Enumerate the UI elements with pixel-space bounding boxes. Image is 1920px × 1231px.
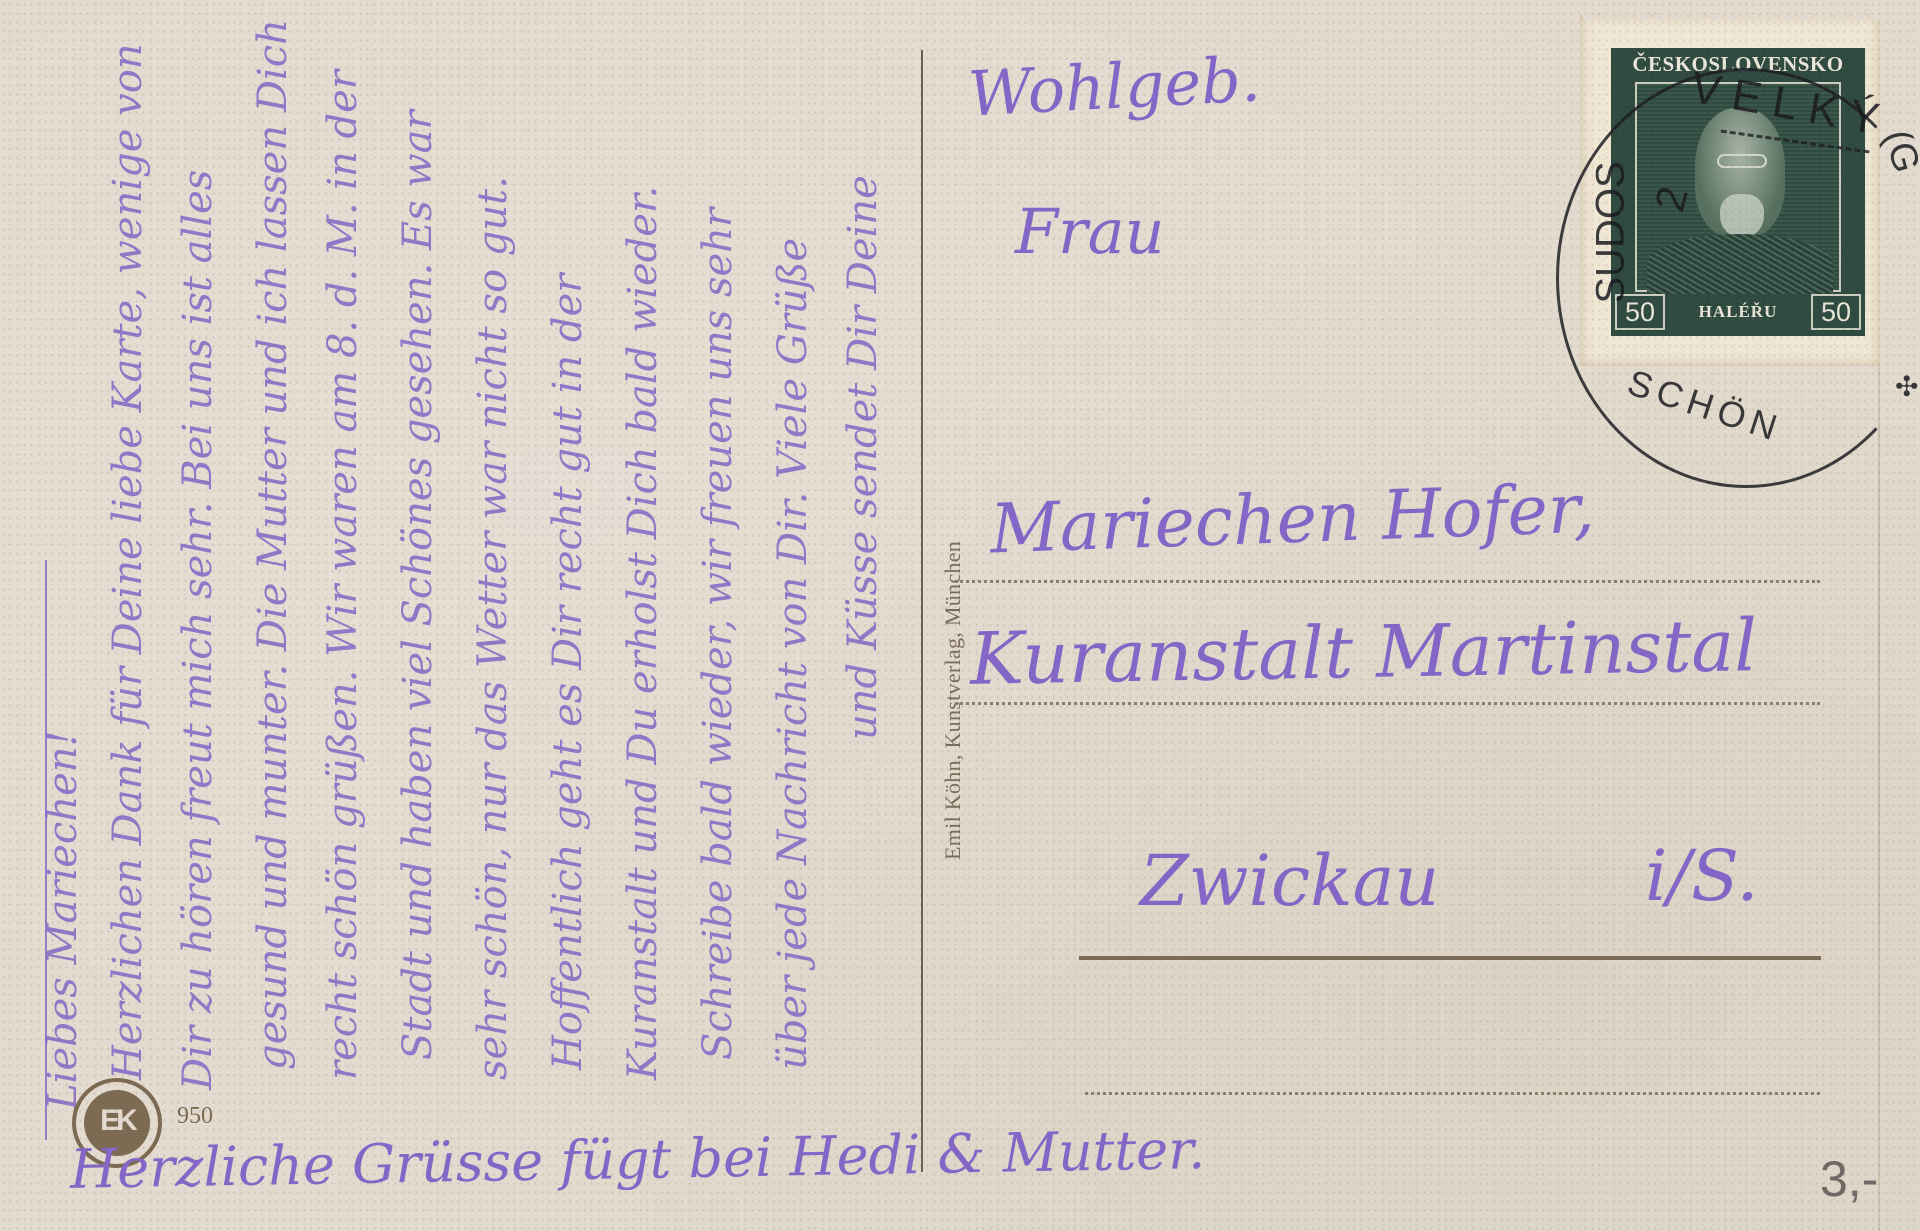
message-line: Stadt und haben viel Schönes gesehen. Es… <box>395 110 441 1060</box>
postmark-left-text: SUDOS <box>1589 161 1634 303</box>
message-line: Hoffentlich geht es Dir recht gut in der <box>545 274 591 1070</box>
address-dotted-line <box>955 702 1820 705</box>
address-institution: Kuranstalt Martinstal <box>969 603 1758 701</box>
address-solid-line <box>1079 956 1821 960</box>
address-region: i/S. <box>1645 835 1759 917</box>
address-city: Zwickau <box>1140 840 1439 922</box>
postcard: Liebes Mariechen! Herzlichen Dank für De… <box>0 0 1920 1231</box>
message-line: Dir zu hören freut mich sehr. Bei uns is… <box>175 170 221 1090</box>
message-line: sehr schön, nur das Wetter war nicht so … <box>470 176 516 1080</box>
salutation-underline <box>45 560 47 1140</box>
message-block: Liebes Mariechen! Herzlichen Dank für De… <box>20 20 900 1120</box>
address-dotted-line <box>955 580 1820 583</box>
pencil-price-note: 3,- <box>1820 1150 1878 1208</box>
address-dotted-line <box>1085 1092 1820 1095</box>
catalog-number: 950 <box>177 1103 213 1130</box>
message-line: über jede Nachricht von Dir. Viele Grüße <box>770 238 816 1070</box>
address-title: Frau <box>1015 195 1165 268</box>
message-line: gesund und munter. Die Mutter und ich la… <box>250 19 296 1070</box>
publisher-imprint: Emil Köhn, Kunstverlag, München <box>940 541 966 860</box>
message-line: recht schön grüßen. Wir waren am 8. d. M… <box>320 70 366 1080</box>
message-line: und Küsse sendet Dir Deine <box>840 175 886 740</box>
address-honorific: Wohlgeb. <box>966 42 1262 130</box>
postmark-star-icon: ✣ <box>1895 370 1918 403</box>
message-line: Kuranstalt und Du erholst Dich bald wied… <box>620 186 666 1080</box>
message-line: Herzlichen Dank für Deine liebe Karte, w… <box>105 43 151 1080</box>
greeting-line: Herzliche Grüsse fügt bei Hedi & Mutter. <box>70 1118 1206 1201</box>
address-recipient: Mariechen Hofer, <box>989 469 1596 569</box>
message-line: Schreibe bald wieder, wir freuen uns seh… <box>695 208 741 1060</box>
center-divider <box>921 50 923 1172</box>
